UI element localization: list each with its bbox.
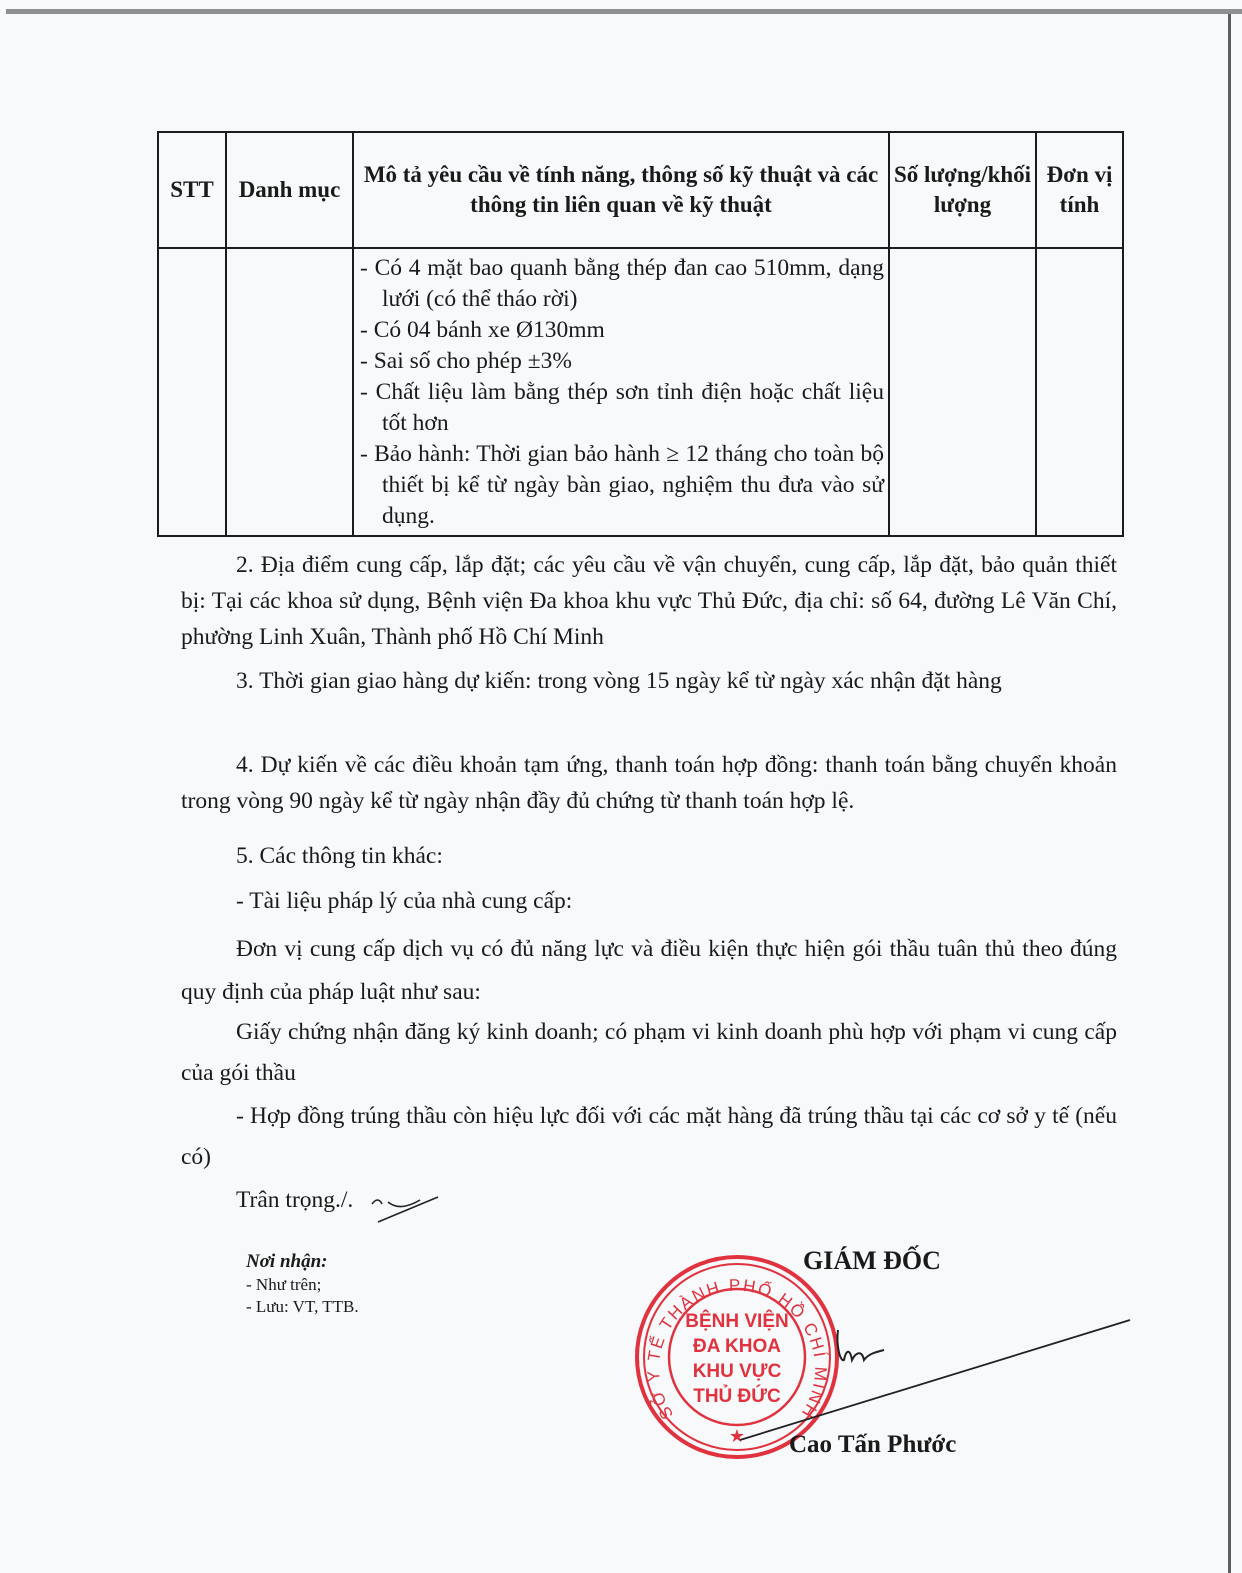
- paragraph-delivery-location: 2. Địa điểm cung cấp, lắp đặt; các yêu c…: [181, 547, 1117, 655]
- svg-text:BỆNH VIỆN: BỆNH VIỆN: [685, 1310, 788, 1332]
- paragraph-supplier-capability: Đơn vị cung cấp dịch vụ có đủ năng lực v…: [181, 928, 1117, 1014]
- header-quantity: Số lượng/khối lượng: [889, 132, 1036, 248]
- recipients-block: Nơi nhận: - Như trên; - Lưu: VT, TTB.: [246, 1250, 359, 1318]
- header-unit: Đơn vị tính: [1036, 132, 1123, 248]
- description-item: Bảo hành: Thời gian bảo hành ≥ 12 tháng …: [360, 439, 884, 532]
- scan-right-edge: [1228, 14, 1231, 1573]
- description-item: Có 4 mặt bao quanh bằng thép đan cao 510…: [360, 253, 884, 315]
- paragraph-delivery-time: 3. Thời gian giao hàng dự kiến: trong vò…: [181, 663, 1117, 699]
- header-description: Mô tả yêu cầu về tính năng, thông số kỹ …: [353, 132, 889, 248]
- description-item: Có 04 bánh xe Ø130mm: [360, 315, 884, 346]
- paragraph-legal-docs: - Tài liệu pháp lý của nhà cung cấp:: [181, 883, 1117, 919]
- cell-description: Có 4 mặt bao quanh bằng thép đan cao 510…: [353, 248, 889, 536]
- paragraph-business-license: Giấy chứng nhận đăng ký kinh doanh; có p…: [181, 1012, 1117, 1094]
- description-list: Có 4 mặt bao quanh bằng thép đan cao 510…: [354, 253, 888, 532]
- description-item: Chất liệu làm bằng thép sơn tỉnh điện ho…: [360, 377, 884, 439]
- svg-text:THỦ ĐỨC: THỦ ĐỨC: [693, 1385, 781, 1407]
- paragraph-winning-contracts: - Hợp đồng trúng thầu còn hiệu lực đối v…: [181, 1096, 1117, 1178]
- svg-text:ĐA KHOA: ĐA KHOA: [693, 1336, 781, 1357]
- signer-name: Cao Tấn Phước: [789, 1431, 956, 1459]
- recipients-title: Nơi nhận:: [246, 1250, 359, 1274]
- svg-text:KHU VỰC: KHU VỰC: [693, 1361, 782, 1382]
- cell-category: [226, 248, 353, 536]
- cell-unit: [1036, 248, 1123, 536]
- recipient-item: - Lưu: VT, TTB.: [246, 1296, 359, 1318]
- closing-remark: Trân trọng./.: [181, 1182, 1117, 1218]
- cell-stt: [158, 248, 226, 536]
- header-category: Danh mục: [226, 132, 353, 248]
- recipient-item: - Như trên;: [246, 1274, 359, 1296]
- paragraph-other-info: 5. Các thông tin khác:: [181, 838, 1117, 874]
- description-item: Sai số cho phép ±3%: [360, 346, 884, 377]
- spec-table: STT Danh mục Mô tả yêu cầu về tính năng,…: [157, 131, 1124, 537]
- svg-text:★: ★: [729, 1426, 745, 1446]
- header-stt: STT: [158, 132, 226, 248]
- paragraph-payment-terms: 4. Dự kiến về các điều khoản tạm ứng, th…: [181, 747, 1117, 819]
- scan-top-edge: [6, 9, 1242, 14]
- cell-quantity: [889, 248, 1036, 536]
- table-row: Có 4 mặt bao quanh bằng thép đan cao 510…: [158, 248, 1123, 536]
- table-header-row: STT Danh mục Mô tả yêu cầu về tính năng,…: [158, 132, 1123, 248]
